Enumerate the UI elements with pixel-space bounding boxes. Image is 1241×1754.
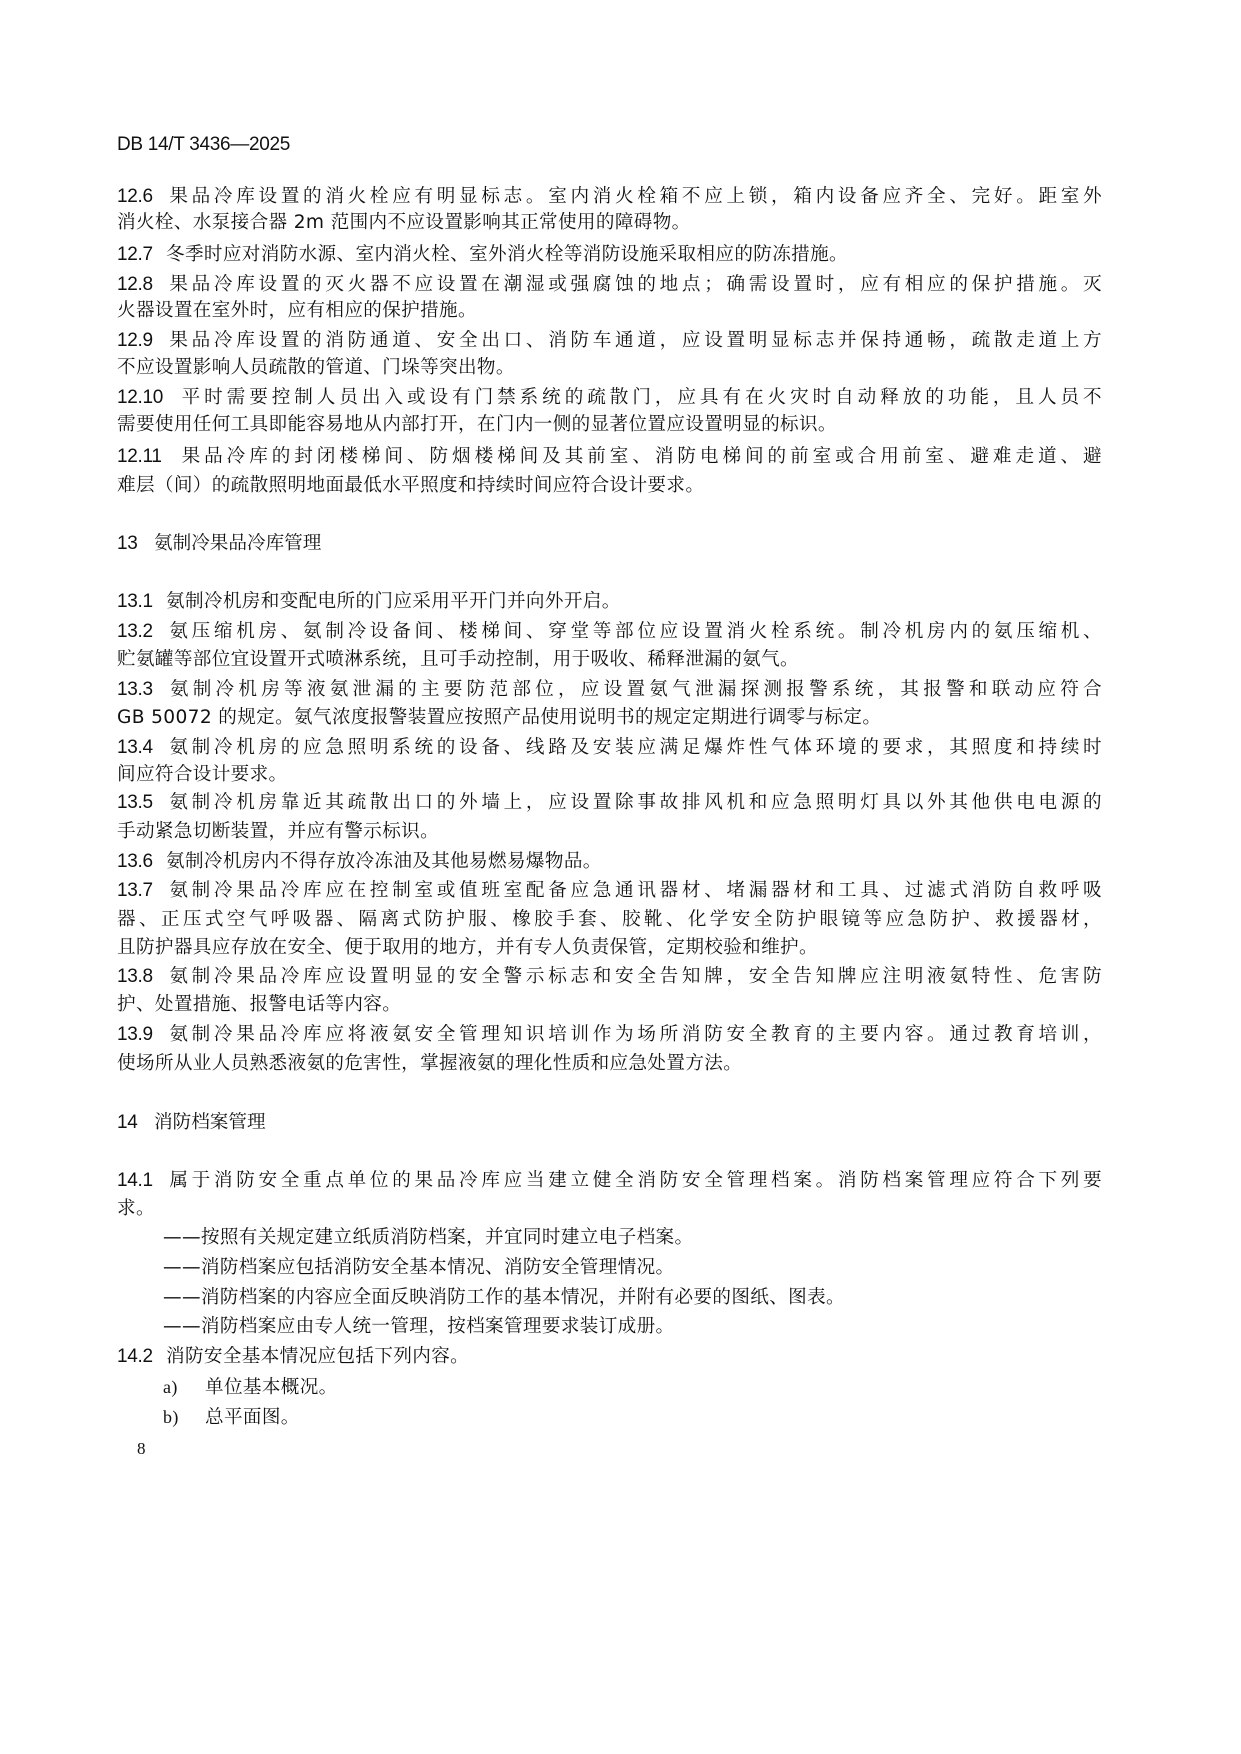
clause-12-11: 12.11果品冷库的封闭楼梯间、防烟楼梯间及其前室、消防电梯间的前室或合用前室、… (117, 443, 1102, 471)
clause-13-7: 13.7氨制冷果品冷库应在控制室或值班室配备应急通讯器材、堵漏器材和工具、过滤式… (117, 877, 1102, 905)
clause-12-7: 12.7冬季时应对消防水源、室内消火栓、室外消火栓等消防设施采取相应的防冻措施。 (117, 241, 1102, 269)
clause-12-8-cont: 火器设置在室外时，应有相应的保护措施。 (117, 297, 1102, 325)
clause-13-7-cont-2: 且防护器具应存放在安全、便于取用的地方，并有专人负责保管，定期校验和维护。 (117, 934, 1102, 962)
section-heading-14: 14消防档案管理 (117, 1109, 266, 1137)
clause-13-9: 13.9氨制冷果品冷库应将液氨安全管理知识培训作为场所消防安全教育的主要内容。通… (117, 1021, 1102, 1049)
clause-13-2: 13.2氨压缩机房、氨制冷设备间、楼梯间、穿堂等部位应设置消火栓系统。制冷机房内… (117, 618, 1102, 646)
clause-12-10-cont: 需要使用任何工具即能容易地从内部打开，在门内一侧的显著位置应设置明显的标识。 (117, 411, 1102, 439)
list-item-b: b)总平面图。 (163, 1403, 1148, 1432)
dash-item-4: ——消防档案应由专人统一管理，按档案管理要求装订成册。 (163, 1313, 1148, 1341)
document-page: DB 14/T 3436—2025 12.6果品冷库设置的消火栓应有明显标志。室… (0, 0, 1241, 1754)
clause-12-6: 12.6果品冷库设置的消火栓应有明显标志。室内消火栓箱不应上锁，箱内设备应齐全、… (117, 183, 1102, 211)
dash-item-3: ——消防档案的内容应全面反映消防工作的基本情况，并附有必要的图纸、图表。 (163, 1284, 1148, 1312)
section-heading-13: 13氨制冷果品冷库管理 (117, 530, 321, 558)
clause-14-1: 14.1属于消防安全重点单位的果品冷库应当建立健全消防安全管理档案。消防档案管理… (117, 1167, 1102, 1195)
clause-14-2: 14.2消防安全基本情况应包括下列内容。 (117, 1343, 1102, 1371)
page-number: 8 (137, 1439, 146, 1459)
clause-13-3: 13.3氨制冷机房等液氨泄漏的主要防范部位，应设置氨气泄漏探测报警系统，其报警和… (117, 676, 1102, 704)
clause-12-10: 12.10平时需要控制人员出入或设有门禁系统的疏散门，应具有在火灾时自动释放的功… (117, 384, 1102, 412)
dash-item-2: ——消防档案应包括消防安全基本情况、消防安全管理情况。 (163, 1254, 1148, 1282)
clause-13-4-cont: 间应符合设计要求。 (117, 761, 1102, 789)
clause-13-1: 13.1氨制冷机房和变配电所的门应采用平开门并向外开启。 (117, 588, 1102, 616)
clause-13-4: 13.4氨制冷机房的应急照明系统的设备、线路及安装应满足爆炸性气体环境的要求，其… (117, 734, 1102, 762)
clause-13-2-cont: 贮氨罐等部位宜设置开式喷淋系统，且可手动控制，用于吸收、稀释泄漏的氨气。 (117, 646, 1102, 674)
clause-12-8: 12.8果品冷库设置的灭火器不应设置在潮湿或强腐蚀的地点；确需设置时，应有相应的… (117, 271, 1102, 299)
document-header-id: DB 14/T 3436—2025 (117, 134, 290, 156)
clause-13-6: 13.6氨制冷机房内不得存放冷冻油及其他易燃易爆物品。 (117, 848, 1102, 876)
clause-13-8: 13.8氨制冷果品冷库应设置明显的安全警示标志和安全告知牌，安全告知牌应注明液氨… (117, 963, 1102, 991)
clause-13-9-cont: 使场所从业人员熟悉液氨的危害性，掌握液氨的理化性质和应急处置方法。 (117, 1050, 1102, 1078)
clause-13-8-cont: 护、处置措施、报警电话等内容。 (117, 991, 1102, 1019)
dash-item-1: ——按照有关规定建立纸质消防档案，并宜同时建立电子档案。 (163, 1224, 1148, 1252)
clause-12-9: 12.9果品冷库设置的消防通道、安全出口、消防车通道，应设置明显标志并保持通畅，… (117, 327, 1102, 355)
clause-12-11-cont: 难层（间）的疏散照明地面最低水平照度和持续时间应符合设计要求。 (117, 472, 1102, 500)
clause-13-5: 13.5氨制冷机房靠近其疏散出口的外墙上，应设置除事故排风机和应急照明灯具以外其… (117, 789, 1102, 817)
clause-13-3-cont: GB 50072 的规定。氨气浓度报警装置应按照产品使用说明书的规定定期进行调零… (117, 704, 1102, 732)
clause-14-1-cont: 求。 (117, 1195, 1102, 1223)
clause-13-5-cont: 手动紧急切断装置，并应有警示标识。 (117, 818, 1102, 846)
clause-12-6-cont: 消火栓、水泵接合器 2m 范围内不应设置影响其正常使用的障碍物。 (117, 209, 1102, 237)
list-item-a: a)单位基本概况。 (163, 1373, 1148, 1402)
clause-12-9-cont: 不应设置影响人员疏散的管道、门垛等突出物。 (117, 354, 1102, 382)
clause-13-7-cont-1: 器、正压式空气呼吸器、隔离式防护服、橡胶手套、胶靴、化学安全防护眼镜等应急防护、… (117, 906, 1102, 934)
